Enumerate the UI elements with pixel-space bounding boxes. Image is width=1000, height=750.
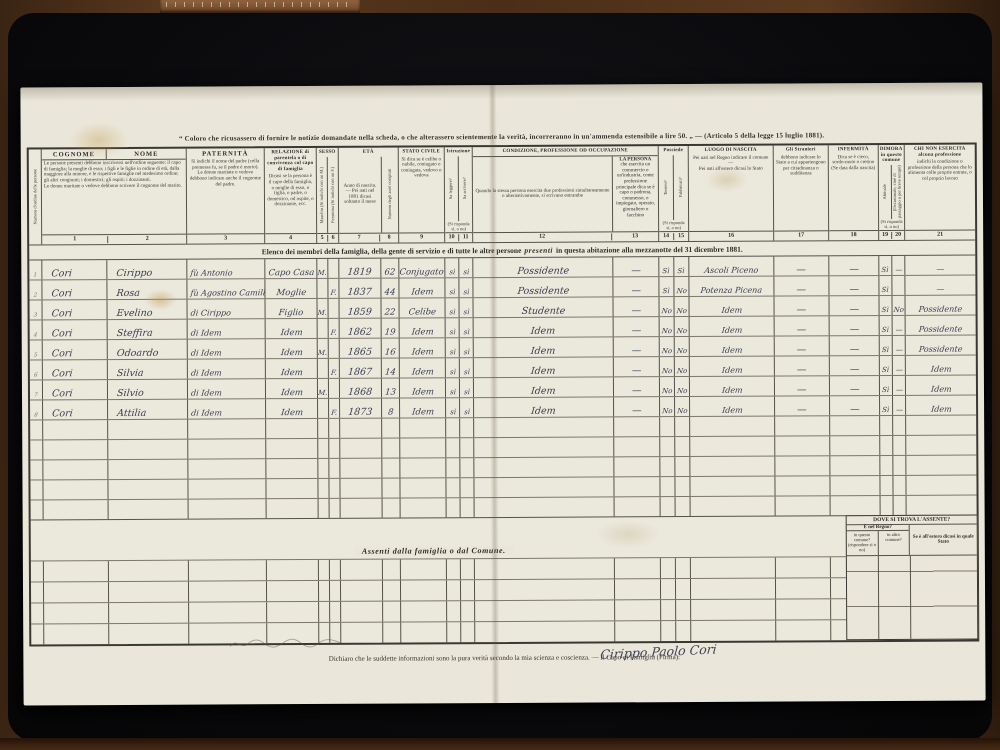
- empty-cell: [775, 620, 830, 640]
- cell-nome: Attilia: [107, 400, 187, 419]
- cell-paternita: di Idem: [187, 379, 265, 398]
- empty-cell: [460, 601, 474, 621]
- empty-cell: [328, 479, 339, 498]
- empty-cell: [474, 600, 614, 621]
- cell-dimora-abituale: Sì: [879, 376, 892, 395]
- empty-cell: [318, 499, 329, 518]
- empty-cell: [674, 477, 689, 496]
- empty-cell: [329, 602, 340, 622]
- cell-sa-leggere: sì: [445, 338, 459, 357]
- cell-stato-civile: Idem: [398, 278, 444, 297]
- cell-sesso-m: M.: [317, 339, 328, 358]
- empty-cell: [266, 602, 318, 622]
- cell-terreni: Sì: [658, 257, 673, 276]
- table-wood-edge: [0, 738, 1000, 750]
- cell-la-persona: —: [613, 337, 659, 356]
- cell-fabbricati: No: [673, 297, 688, 316]
- empty-cell: [400, 580, 446, 600]
- empty-cell: [660, 579, 675, 599]
- empty-cell: [340, 602, 382, 622]
- empty-cell: [108, 624, 188, 644]
- table-header: Numero d'ordine delle persone COGNOME NO…: [29, 145, 975, 245]
- empty-cell: [318, 560, 329, 580]
- empty-cell: [879, 476, 892, 495]
- empty-cell: [108, 603, 188, 623]
- empty-cell: [42, 460, 107, 479]
- empty-cell: [879, 436, 892, 455]
- cell-dimora-abituale: Sì: [879, 356, 892, 375]
- stato-desc: Si dica se è celibe o nubile, coniugato …: [399, 156, 444, 233]
- empty-cell: [659, 477, 674, 496]
- cell-dimora-abituale: Sì: [878, 276, 891, 295]
- cell-dimora-abituale: Sì: [879, 396, 892, 415]
- cell-sesso-f: F.: [328, 359, 339, 378]
- cell-anni-compiuti: 13: [381, 379, 399, 398]
- cell-fabbricati: Sì: [673, 257, 688, 276]
- subtitle-post: in questa abitazione alla mezzanotte del…: [556, 244, 743, 254]
- empty-cell: [107, 460, 187, 479]
- empty-cell: [31, 500, 43, 519]
- penalty-notice: “ Coloro che ricusassero di fornire le n…: [51, 131, 953, 144]
- cell-infermita: —: [829, 356, 879, 375]
- cell-la-persona: —: [612, 277, 658, 296]
- empty-cell: [675, 600, 690, 620]
- empty-cell: [340, 623, 382, 643]
- empty-cell: [446, 580, 460, 600]
- cell-fabbricati: No: [674, 337, 689, 356]
- empty-cell: [459, 418, 473, 437]
- cell-anni-compiuti: 22: [380, 299, 398, 318]
- cell-nome: Cirippo: [106, 260, 186, 279]
- chi-title: CHI NON ESERCITA: [914, 147, 965, 152]
- empty-cell: [328, 459, 339, 478]
- cell-fabbricati: No: [674, 317, 689, 336]
- cell-fabbricati: No: [674, 377, 689, 396]
- empty-cell: [265, 459, 317, 478]
- cell-sa-leggere: sì: [444, 258, 458, 277]
- assenti-section: Assenti dalla famiglia o dal Comune. DOV…: [31, 515, 978, 645]
- luogo-desc1: Pei nati nel Regno indicare il comune: [693, 155, 768, 160]
- cell-relazione: Idem: [265, 319, 317, 338]
- cell-sa-scrivere: sì: [459, 318, 473, 337]
- cell-cognome: Cori: [41, 280, 106, 299]
- cell-paternita: di Idem: [187, 339, 265, 358]
- cell-fabbricati: No: [673, 277, 688, 296]
- col-condizione: CONDIZIONE, PROFESSIONE OD OCCUPAZIONE Q…: [472, 146, 658, 242]
- empty-cell: [775, 557, 830, 577]
- col-stranieri: Gli Stranieri debbono indicare lo Stato …: [773, 145, 828, 240]
- stranieri-title: Gli Stranieri: [774, 145, 828, 154]
- empty-cell: [474, 497, 614, 517]
- col-num-12: 12: [473, 234, 611, 241]
- stato-title: STATO CIVILE: [399, 147, 444, 156]
- empty-cell: [108, 582, 188, 602]
- empty-cell: [690, 579, 775, 599]
- empty-cell: [43, 582, 108, 602]
- empty-cell: [42, 440, 107, 459]
- empty-cell: [382, 581, 400, 601]
- empty-cell: [445, 478, 459, 497]
- empty-cell: [382, 602, 400, 622]
- col-num-20: 20: [891, 232, 904, 239]
- empty-cell: [474, 621, 614, 642]
- cell-terreni: No: [659, 317, 674, 336]
- cell-sa-scrivere: sì: [459, 338, 473, 357]
- dove-ruled-rows: [847, 556, 977, 640]
- cell-luogo-nascita: Potenza Picena: [688, 277, 773, 296]
- empty-cell: [265, 479, 317, 498]
- empty-cell: [107, 480, 187, 499]
- cell-sa-leggere: sì: [444, 298, 458, 317]
- empty-cell: [108, 561, 188, 581]
- empty-cell: [690, 497, 775, 516]
- empty-cell: [675, 497, 690, 516]
- empty-cell: [460, 580, 474, 600]
- cell-sesso-f: F.: [328, 319, 339, 338]
- infermita-title: INFERMITÀ: [829, 145, 878, 154]
- empty-cell: [445, 438, 459, 457]
- dove-regno-group: È nel Regno? in questo comune? (risponde…: [847, 525, 909, 555]
- empty-cell: [30, 440, 42, 459]
- cell-row-number: 6: [30, 360, 42, 379]
- cell-stranieri: —: [773, 256, 828, 275]
- cell-sesso-m: M.: [317, 379, 328, 398]
- col-num-13: 13: [611, 233, 658, 240]
- empty-cell: [187, 459, 265, 478]
- cell-sesso-m: [317, 319, 328, 338]
- cell-infermita: —: [828, 276, 878, 295]
- cell-sa-leggere: sì: [445, 398, 459, 417]
- dove-estero-label: Se è all'estero dicasi in quale Stato: [909, 525, 977, 555]
- cell-stato-civile: Celibe: [398, 298, 444, 317]
- empty-cell: [329, 499, 340, 518]
- cell-infermita: —: [828, 256, 878, 275]
- col-num-1: 1: [42, 236, 107, 243]
- cell-la-persona: —: [613, 317, 659, 336]
- col-num-4: 4: [265, 233, 316, 243]
- cell-nome: Silvio: [107, 380, 187, 399]
- cell-sa-scrivere: sì: [458, 258, 472, 277]
- col-relazione: RELAZIONE di parentela o di convivenza c…: [264, 148, 316, 243]
- empty-cell: [829, 436, 879, 455]
- empty-cell: [329, 581, 340, 601]
- empty-cell: [689, 417, 774, 436]
- empty-cell: [474, 558, 614, 579]
- empty-cell: [43, 500, 108, 519]
- photo-scene: “ Coloro che ricusassero di fornire le n…: [0, 0, 1000, 750]
- cell-paternita: di Idem: [187, 399, 265, 418]
- cell-sa-scrivere: sì: [459, 358, 473, 377]
- persona-desc: che esercita un commercio o un'industria…: [614, 162, 657, 218]
- cell-luogo-nascita: Idem: [689, 357, 774, 376]
- empty-cell: [473, 437, 613, 457]
- chi-title2: alcuna professione: [918, 152, 961, 157]
- col-num-7: 7: [339, 235, 379, 242]
- empty-cell: [31, 624, 43, 644]
- empty-cell: [187, 419, 265, 438]
- subtitle-presenti: presenti: [524, 245, 553, 254]
- empty-cell: [339, 479, 381, 498]
- empty-cell: [460, 498, 474, 517]
- col-num-6: 6: [327, 235, 338, 242]
- col-num-21: 21: [905, 230, 975, 240]
- census-sheet: “ Coloro che ricusassero di fornire le n…: [20, 82, 985, 705]
- col-num-5: 5: [317, 235, 327, 242]
- cell-sesso-m: [317, 359, 328, 378]
- col-num-8: 8: [379, 235, 398, 242]
- empty-cell: [265, 419, 317, 438]
- cell-dimora-abituale: Sì: [879, 336, 892, 355]
- col-num-2: 2: [107, 236, 186, 243]
- cell-sesso-m: M.: [316, 299, 327, 318]
- cell-relazione: Idem: [265, 359, 317, 378]
- empty-cell: [459, 478, 473, 497]
- cell-anno-nascita: 1873: [339, 399, 381, 418]
- empty-cell: [446, 498, 460, 517]
- cell-chi-non-esercita: Possidente: [904, 296, 975, 315]
- cell-anni-compiuti: 19: [381, 319, 399, 338]
- cell-stranieri: —: [774, 356, 829, 375]
- cell-nome: Odoardo: [107, 340, 187, 359]
- cell-cognome: Cori: [42, 340, 107, 359]
- empty-cell: [905, 436, 976, 455]
- cell-dimora-abituale: Sì: [878, 296, 891, 315]
- luogo-desc2: Pei nati all'estero dicasi lo Stato: [699, 166, 763, 171]
- cell-relazione: Idem: [265, 339, 317, 358]
- cell-sesso-f: F.: [327, 279, 338, 298]
- empty-cell: [879, 456, 892, 475]
- empty-cell: [675, 621, 690, 641]
- cell-luogo-nascita: Idem: [688, 297, 773, 316]
- cell-chi-non-esercita: Possidente: [905, 316, 976, 335]
- col-chi-non-esercita: CHI NON ESERCITA alcuna professione indi…: [904, 145, 975, 240]
- cell-sesso-m: [317, 399, 328, 418]
- empty-cell: [614, 579, 660, 599]
- empty-cell: [893, 496, 906, 515]
- dimora-title: DIMORA in questo comune: [879, 145, 904, 165]
- cell-anno-nascita: 1819: [338, 259, 380, 278]
- empty-cell: [317, 459, 328, 478]
- empty-cell: [659, 437, 674, 456]
- possiede-title: Possiede: [659, 146, 688, 155]
- empty-cell: [340, 499, 382, 518]
- paternita-title: PATERNITÀ: [187, 148, 264, 159]
- empty-cell: [675, 558, 690, 578]
- cell-cognome: Cori: [41, 260, 106, 279]
- col-possiede: Possiede Terreni? Fabbricati? (Si rispon…: [658, 146, 688, 241]
- col-num-15: 15: [673, 233, 688, 240]
- empty-cell: [775, 496, 830, 515]
- cell-row-number: 1: [29, 260, 41, 279]
- empty-cell: [774, 456, 829, 475]
- cell-anni-compiuti: 8: [381, 399, 399, 418]
- empty-cell: [774, 476, 829, 495]
- cell-chi-non-esercita: Possidente: [905, 336, 976, 355]
- empty-cell: [879, 416, 892, 435]
- cell-sesso-f: F.: [328, 399, 339, 418]
- cell-anno-nascita: 1868: [339, 379, 381, 398]
- cell-dimora-occasionale: —: [892, 376, 905, 395]
- empty-cell: [187, 479, 265, 498]
- cell-paternita: di Idem: [187, 319, 265, 338]
- empty-cell: [339, 459, 381, 478]
- empty-cell: [399, 458, 445, 477]
- empty-cell: [43, 603, 108, 623]
- empty-cell: [614, 558, 660, 578]
- empty-cell: [188, 499, 266, 518]
- cell-anno-nascita: 1862: [339, 319, 381, 338]
- empty-cell: [690, 558, 775, 578]
- empty-cell: [674, 437, 689, 456]
- empty-cell: [42, 480, 107, 499]
- empty-cell: [613, 417, 659, 436]
- empty-cell: [459, 438, 473, 457]
- cell-terreni: No: [659, 337, 674, 356]
- terreni-label: Terreni?: [664, 180, 669, 195]
- pencil-scribble: [228, 634, 343, 653]
- empty-cell: [187, 439, 265, 458]
- cell-luogo-nascita: Idem: [689, 397, 774, 416]
- dove-questo-comune: in questo comune? (rispondere sì o no): [847, 531, 878, 555]
- cell-stranieri: —: [774, 376, 829, 395]
- empty-cell: [107, 440, 187, 459]
- cell-sesso-f: [328, 379, 339, 398]
- cell-dimora-occasionale: —: [892, 396, 905, 415]
- assenti-rows: [31, 556, 977, 645]
- cell-sa-leggere: sì: [444, 278, 458, 297]
- empty-cell: [188, 560, 266, 580]
- cell-terreni: No: [659, 377, 674, 396]
- empty-cell: [328, 419, 339, 438]
- cell-dimora-occasionale: No: [891, 296, 904, 315]
- cell-relazione: Capo Casa: [264, 259, 316, 278]
- nome-title: NOME: [106, 149, 186, 160]
- empty-cell: [266, 581, 318, 601]
- cell-dimora-occasionale: [891, 276, 904, 295]
- dimora-abituale-label: Abituale: [883, 184, 888, 200]
- cell-anno-nascita: 1859: [338, 299, 380, 318]
- cell-condizione: Idem: [473, 317, 613, 337]
- cell-anno-nascita: 1865: [339, 339, 381, 358]
- cell-cognome: Cori: [42, 360, 107, 379]
- cell-row-number: 4: [30, 320, 42, 339]
- cell-stranieri: —: [773, 276, 828, 295]
- empty-cell: [660, 600, 675, 620]
- empty-cell: [614, 497, 660, 516]
- empty-cell: [689, 477, 774, 496]
- empty-cell: [459, 458, 473, 477]
- empty-cell: [660, 621, 675, 641]
- empty-cell: [382, 560, 400, 580]
- empty-cell: [42, 420, 107, 439]
- cell-la-persona: —: [612, 257, 658, 276]
- empty-cell: [381, 459, 399, 478]
- empty-cell: [31, 561, 43, 581]
- cell-infermita: —: [829, 376, 879, 395]
- cell-dimora-occasionale: —: [892, 356, 905, 375]
- cell-sa-scrivere: sì: [458, 298, 472, 317]
- col-numero-ordine: Numero d'ordine delle persone: [29, 149, 41, 244]
- col-num-16: 16: [689, 231, 773, 241]
- sesso-maschio-label: Maschio (Si indichi con un M.): [319, 166, 324, 223]
- relazione-desc: Dicasi se la persona è il capo della fam…: [265, 173, 316, 233]
- cell-dimora-abituale: Sì: [879, 316, 892, 335]
- cell-dimora-occasionale: —: [892, 336, 905, 355]
- cell-chi-non-esercita: —: [904, 256, 975, 275]
- cell-stranieri: —: [773, 296, 828, 315]
- cell-infermita: —: [828, 296, 878, 315]
- istruzione-note: (Si risponda sì, o no): [445, 221, 472, 232]
- empty-cell: [614, 621, 660, 641]
- chi-desc: indichi la condizione o professione dell…: [905, 159, 975, 230]
- empty-cell: [445, 418, 459, 437]
- empty-cell: [400, 559, 446, 579]
- cell-la-persona: —: [613, 357, 659, 376]
- cell-nome: Rosa: [106, 280, 186, 299]
- empty-cell: [674, 457, 689, 476]
- empty-cell: [829, 456, 879, 475]
- empty-cell: [382, 623, 400, 643]
- cell-condizione: Studente: [472, 297, 612, 317]
- empty-cell: [660, 497, 675, 516]
- cell-stato-civile: Conjugato: [398, 258, 444, 277]
- empty-cell: [399, 438, 445, 457]
- cell-row-number: 3: [30, 300, 42, 319]
- cell-stato-civile: Idem: [399, 338, 445, 357]
- empty-cell: [43, 624, 108, 644]
- cell-sa-scrivere: sì: [459, 398, 473, 417]
- cell-condizione: Possidente: [472, 257, 612, 277]
- empty-cell: [892, 476, 905, 495]
- empty-cell: [381, 479, 399, 498]
- empty-cell: [829, 416, 879, 435]
- empty-cell: [328, 439, 339, 458]
- cell-cognome: Cori: [42, 320, 107, 339]
- rows-blank: [30, 415, 977, 520]
- row-number-column-label: Numero d'ordine delle persone: [29, 149, 41, 244]
- col-stato-civile: STATO CIVILE Si dica se è celibe o nubil…: [398, 147, 444, 242]
- empty-cell: [659, 417, 674, 436]
- empty-cell: [614, 600, 660, 620]
- empty-cell: [31, 603, 43, 623]
- empty-cell: [265, 439, 317, 458]
- cell-stato-civile: Idem: [399, 358, 445, 377]
- empty-cell: [905, 476, 976, 495]
- cell-stato-civile: Idem: [399, 318, 445, 337]
- empty-cell: [446, 601, 460, 621]
- cell-sesso-f: [328, 339, 339, 358]
- dove-altro-comune: in altro comune?: [877, 531, 909, 555]
- infermita-desc: Dica se è cieco, sordo-muto o cretino (S…: [829, 154, 878, 231]
- cell-sesso-f: [327, 259, 338, 278]
- col-sesso: SESSO Maschio (Si indichi con un M.) Fem…: [316, 148, 338, 243]
- empty-cell: [30, 420, 42, 439]
- cell-chi-non-esercita: Idem: [905, 356, 976, 375]
- empty-cell: [613, 457, 659, 476]
- cell-condizione: Idem: [473, 397, 613, 417]
- cell-stranieri: —: [774, 336, 829, 355]
- empty-cell: [892, 416, 905, 435]
- cell-cognome: Cori: [42, 400, 107, 419]
- cell-sa-leggere: sì: [445, 378, 459, 397]
- empty-cell: [43, 561, 108, 581]
- cell-cognome: Cori: [42, 300, 107, 319]
- empty-cell: [689, 457, 774, 476]
- declaration-text: Dichiaro che le suddette informazioni so…: [23, 651, 985, 664]
- empty-cell: [880, 496, 893, 515]
- cell-infermita: —: [829, 336, 879, 355]
- empty-cell: [473, 417, 613, 437]
